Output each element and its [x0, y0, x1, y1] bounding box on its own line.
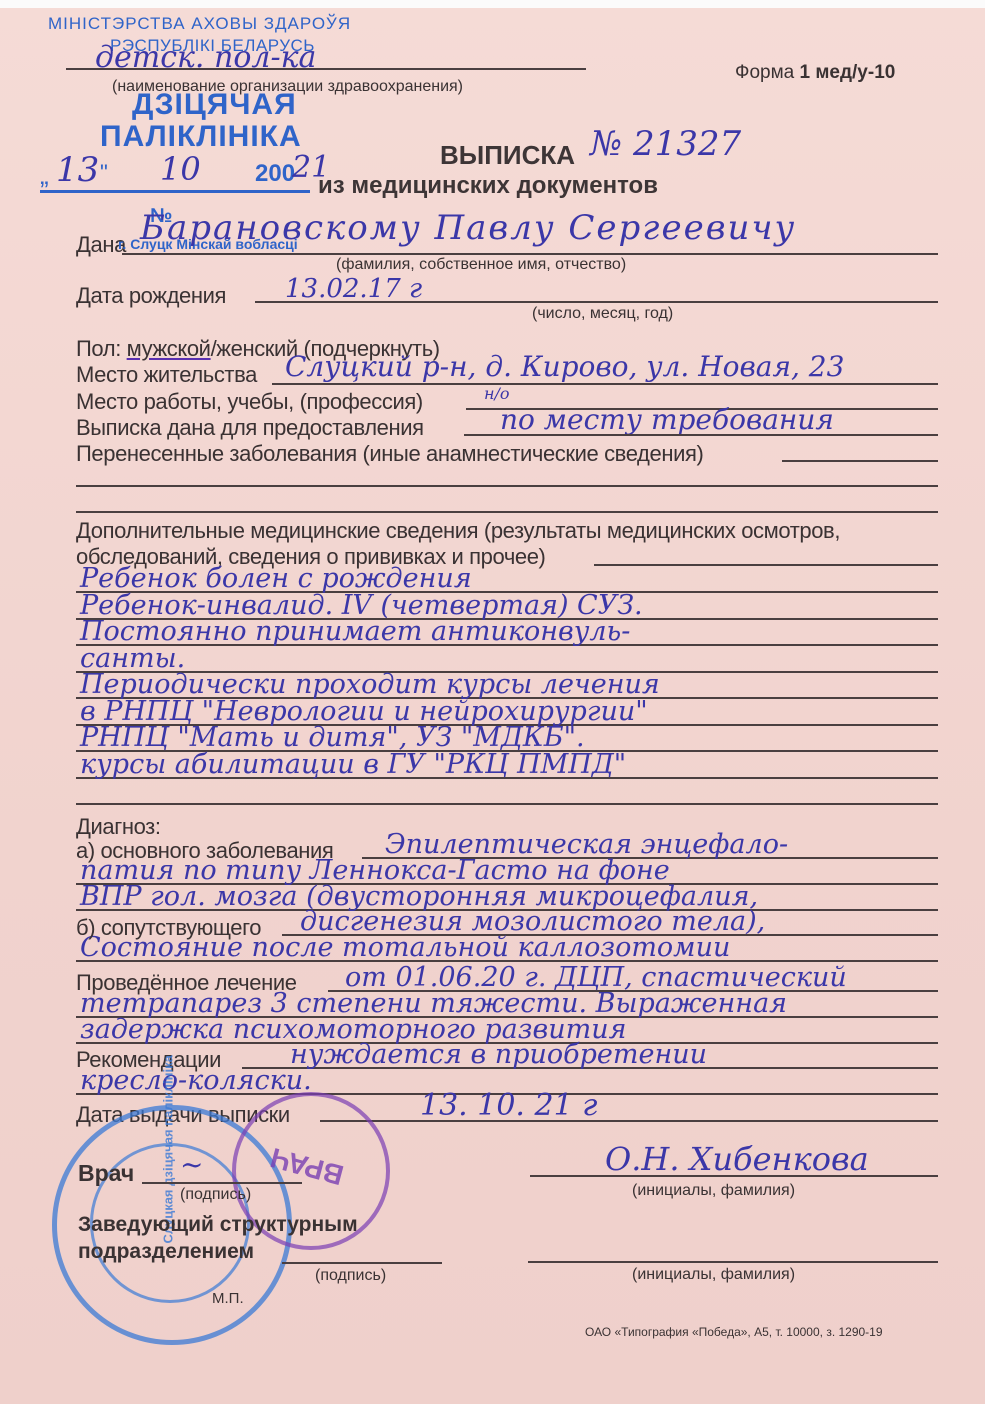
issue-date-line	[320, 1120, 938, 1122]
additional-info-label-1: Дополнительные медицинские сведения (рез…	[76, 518, 840, 544]
work-label: Место работы, учебы, (профессия)	[76, 389, 423, 415]
issued-to-line	[122, 253, 938, 255]
doctor-label: Врач	[78, 1160, 134, 1187]
additional-info-line	[76, 803, 938, 805]
date-quote-open: „	[40, 160, 49, 191]
date-day: 13	[56, 150, 99, 190]
date-quote-close: "	[100, 160, 108, 186]
head-signature-line	[282, 1262, 442, 1264]
doctor-name-line	[530, 1175, 938, 1177]
head-label-2: подразделением	[78, 1240, 254, 1264]
form-code: Форма 1 мед/у-10	[735, 62, 895, 84]
purpose-value: по месту требования	[500, 403, 834, 436]
issued-to-value: Барановскому Павлу Сергеевичу	[140, 208, 796, 248]
purpose-label: Выписка дана для предоставления	[76, 415, 424, 441]
doctor-signature: ~	[180, 1148, 203, 1181]
form-code-prefix: Форма	[735, 62, 794, 83]
issued-to-hint: (фамилия, собственное имя, отчество)	[336, 256, 626, 274]
past-diseases-label: Перенесенные заболевания (иные анамнести…	[76, 441, 703, 467]
diagnosis-concomitant-label: б) сопутствующего	[76, 915, 261, 941]
residence-line	[272, 383, 938, 385]
head-label-1: Заведующий структурным	[78, 1213, 358, 1237]
document-page: МІНІСТЭРСТВА АХОВЫ ЗДАРОЎЯ РЭСПУБЛІКІ БЕ…	[0, 0, 985, 1404]
seal-mark: М.П.	[212, 1290, 244, 1307]
printer-imprint: ОАО «Типография «Победа», А5, т. 10000, …	[585, 1325, 883, 1339]
date-stamp-line	[40, 190, 310, 193]
head-name-hint: (инициалы, фамилия)	[632, 1266, 795, 1284]
doctor-name-hint: (инициалы, фамилия)	[632, 1182, 795, 1200]
document-number: № 21327	[590, 124, 741, 164]
work-value: н/о	[484, 384, 510, 403]
doctor-signature-hint: (подпись)	[180, 1186, 251, 1204]
sex-option-male[interactable]: мужской	[127, 336, 211, 361]
document-title: ВЫПИСКА	[440, 140, 575, 171]
organization-line	[66, 68, 586, 70]
recommendations-text: нуждается в приобретении	[290, 1039, 707, 1070]
head-signature-hint: (подпись)	[315, 1267, 386, 1285]
past-diseases-line	[782, 460, 938, 462]
birth-date-hint: (число, месяц, год)	[532, 305, 673, 323]
birth-date-label: Дата рождения	[76, 283, 226, 309]
past-diseases-line-2	[76, 485, 938, 487]
additional-info-line-0	[594, 564, 938, 566]
residence-label: Место жительства	[76, 362, 257, 388]
birth-date-line	[255, 301, 938, 303]
scan-edge	[0, 0, 985, 8]
organization-hint: (наименование организации здравоохранени…	[112, 78, 463, 96]
doctor-name: О.Н. Хибенкова	[605, 1140, 869, 1178]
header-stamp-line1: МІНІСТЭРСТВА АХОВЫ ЗДАРОЎЯ	[48, 14, 351, 34]
form-code-value: 1 мед/у-10	[800, 62, 896, 83]
additional-info-text: курсы абилитации в ГУ "РКЦ ПМПД"	[80, 749, 626, 780]
date-year-prefix: 200	[255, 160, 295, 188]
document-subtitle: из медицинских документов	[318, 172, 658, 200]
treatment-label: Проведённое лечение	[76, 970, 297, 996]
diagnosis-label: Диагноз:	[76, 814, 161, 840]
doctor-signature-line	[142, 1182, 302, 1184]
issue-date-value: 13. 10. 21 г	[420, 1088, 597, 1123]
residence-value: Слуцкий р-н, д. Кирово, ул. Новая, 23	[285, 350, 844, 383]
past-diseases-line-3	[76, 511, 938, 513]
birth-date-value: 13.02.17 г	[285, 274, 422, 304]
header-stamp-line4: ПАЛІКЛІНІКА	[100, 120, 302, 154]
date-month: 10	[160, 150, 201, 188]
sex-label: Пол:	[76, 336, 127, 361]
purpose-line	[464, 434, 938, 436]
recommendations-label: Рекомендации	[76, 1047, 221, 1073]
head-name-line	[528, 1261, 938, 1263]
